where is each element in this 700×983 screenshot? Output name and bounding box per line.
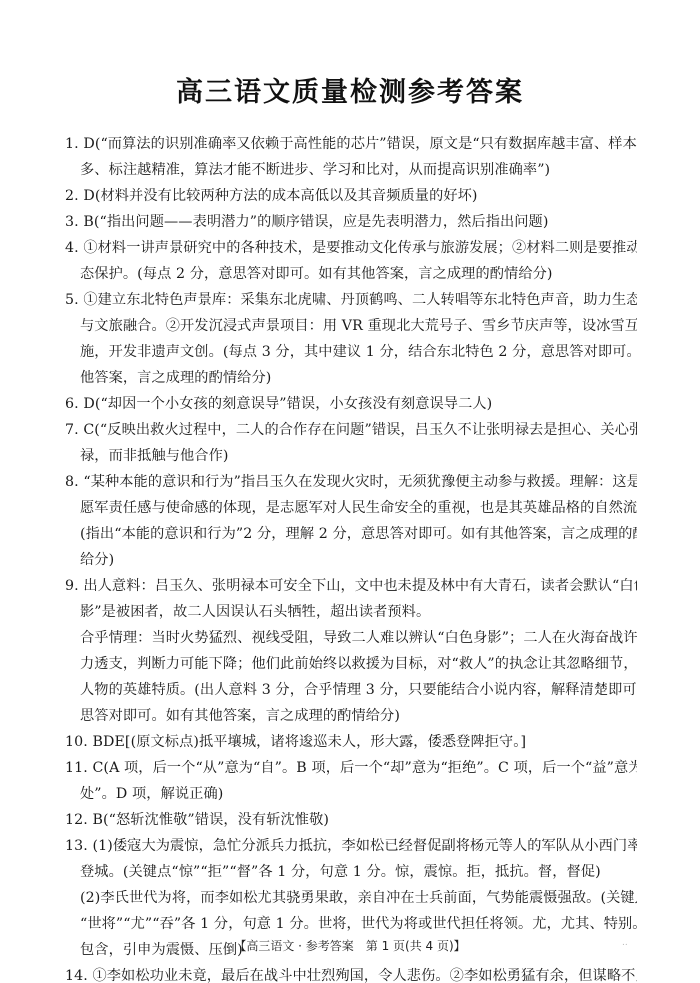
text-line: 处”。D 项，解说正确) [65,781,637,807]
text-line: 1. D(“而算法的识别准确率又依赖于高性能的芯片”错误，原文是“只有数据库越丰… [65,131,637,157]
text-line: 禄，而非抵触与他合作) [65,443,637,469]
text-line: 11. C(A 项，后一个“从”意为“自”。B 项，后一个“却”意为“拒绝”。C… [65,755,637,781]
text-line: 思答对即可。如有其他答案，言之成理的酌情给分) [65,703,637,729]
text-line: 4. ①材料一讲声景研究中的各种技术，是要推动文化传承与旅游发展；②材料二则是要… [65,235,637,261]
text-line: 登城。(关键点“惊”“拒”“督”各 1 分，句意 1 分。惊，震惊。拒，抵抗。督… [65,859,637,885]
text-line: 给分) [65,547,637,573]
text-line: 3. B(“指出问题——表明潜力”的顺序错误，应是先表明潜力，然后指出问题) [65,209,637,235]
document-title: 高三语文质量检测参考答案 [0,70,700,109]
text-line: 多、标注越精准，算法才能不断进步、学习和比对，从而提高识别准确率”) [65,157,637,183]
text-line: 5. ①建立东北特色声景库：采集东北虎啸、丹顶鹤鸣、二人转唱等东北特色声音，助力… [65,287,637,313]
text-line: 愿军责任感与使命感的体现，是志愿军对人民生命安全的重视，也是其英雄品格的自然流露… [65,495,637,521]
text-line: 8. “某种本能的意识和行为”指吕玉久在发现火灾时，无须犹豫便主动参与救援。理解… [65,469,637,495]
text-line: 14. ①李如松功业未竟，最后在战斗中壮烈殉国，令人悲伤。②李如松勇猛有余，但谋… [65,963,637,983]
text-line: 9. 出人意料：吕玉久、张明禄本可安全下山，文中也未提及林中有大青石，读者会默认… [65,573,637,599]
text-line: 7. C(“反映出救火过程中，二人的合作存在问题”错误，吕玉久不让张明禄去是担心… [65,417,637,443]
text-line: 施，开发非遗声文创。(每点 3 分，其中建议 1 分，结合东北特色 2 分，意思… [65,339,637,365]
text-line: 影”是被困者，故二人因误认石头牺牲，超出读者预料。 [65,599,637,625]
text-line: 他答案，言之成理的酌情给分) [65,365,637,391]
corner-mark: .. [622,938,628,948]
page-footer: 【高三语文 · 参考答案 第 1 页(共 4 页)】 [0,937,700,954]
text-line: “世将”“尤”“吞”各 1 分，句意 1 分。世将，世代为将或世代担任将领。尤，… [65,911,637,937]
text-line: 与文旅融合。②开发沉浸式声景项目：用 VR 重现北大荒号子、雪乡节庆声等，设冰雪… [65,313,637,339]
text-line: 人物的英雄特质。(出人意料 3 分，合乎情理 3 分，只要能结合小说内容，解释清… [65,677,637,703]
text-line: 12. B(“怒斩沈惟敬”错误，没有斩沈惟敬) [65,807,637,833]
text-line: (2)李氏世代为将，而李如松尤其骁勇果敢，亲自冲在士兵前面，气势能震慑强敌。(关… [65,885,637,911]
text-line: 力透支，判断力可能下降；他们此前始终以救援为目标，对“救人”的执念让其忽略细节，… [65,651,637,677]
text-line: 合乎情理：当时火势猛烈、视线受阻，导致二人难以辨认“白色身影”；二人在火海奋战许… [65,625,637,651]
answer-body: 1. D(“而算法的识别准确率又依赖于高性能的芯片”错误，原文是“只有数据库越丰… [65,131,637,983]
text-line: 13. (1)倭寇大为震惊，急忙分派兵力抵抗，李如松已经督促副将杨元等人的军队从… [65,833,637,859]
text-line: 10. BDE[(原文标点)抵平壤城，诸将逡巡未人，形大露，倭悉登陴拒守。] [65,729,637,755]
text-line: 态保护。(每点 2 分，意思答对即可。如有其他答案，言之成理的酌情给分) [65,261,637,287]
text-line: 2. D(材料并没有比较两种方法的成本高低以及其音频质量的好坏) [65,183,637,209]
text-line: (指出“本能的意识和行为”2 分，理解 2 分，意思答对即可。如有其他答案，言之… [65,521,637,547]
text-line: 6. D(“却因一个小女孩的刻意误导”错误，小女孩没有刻意误导二人) [65,391,637,417]
